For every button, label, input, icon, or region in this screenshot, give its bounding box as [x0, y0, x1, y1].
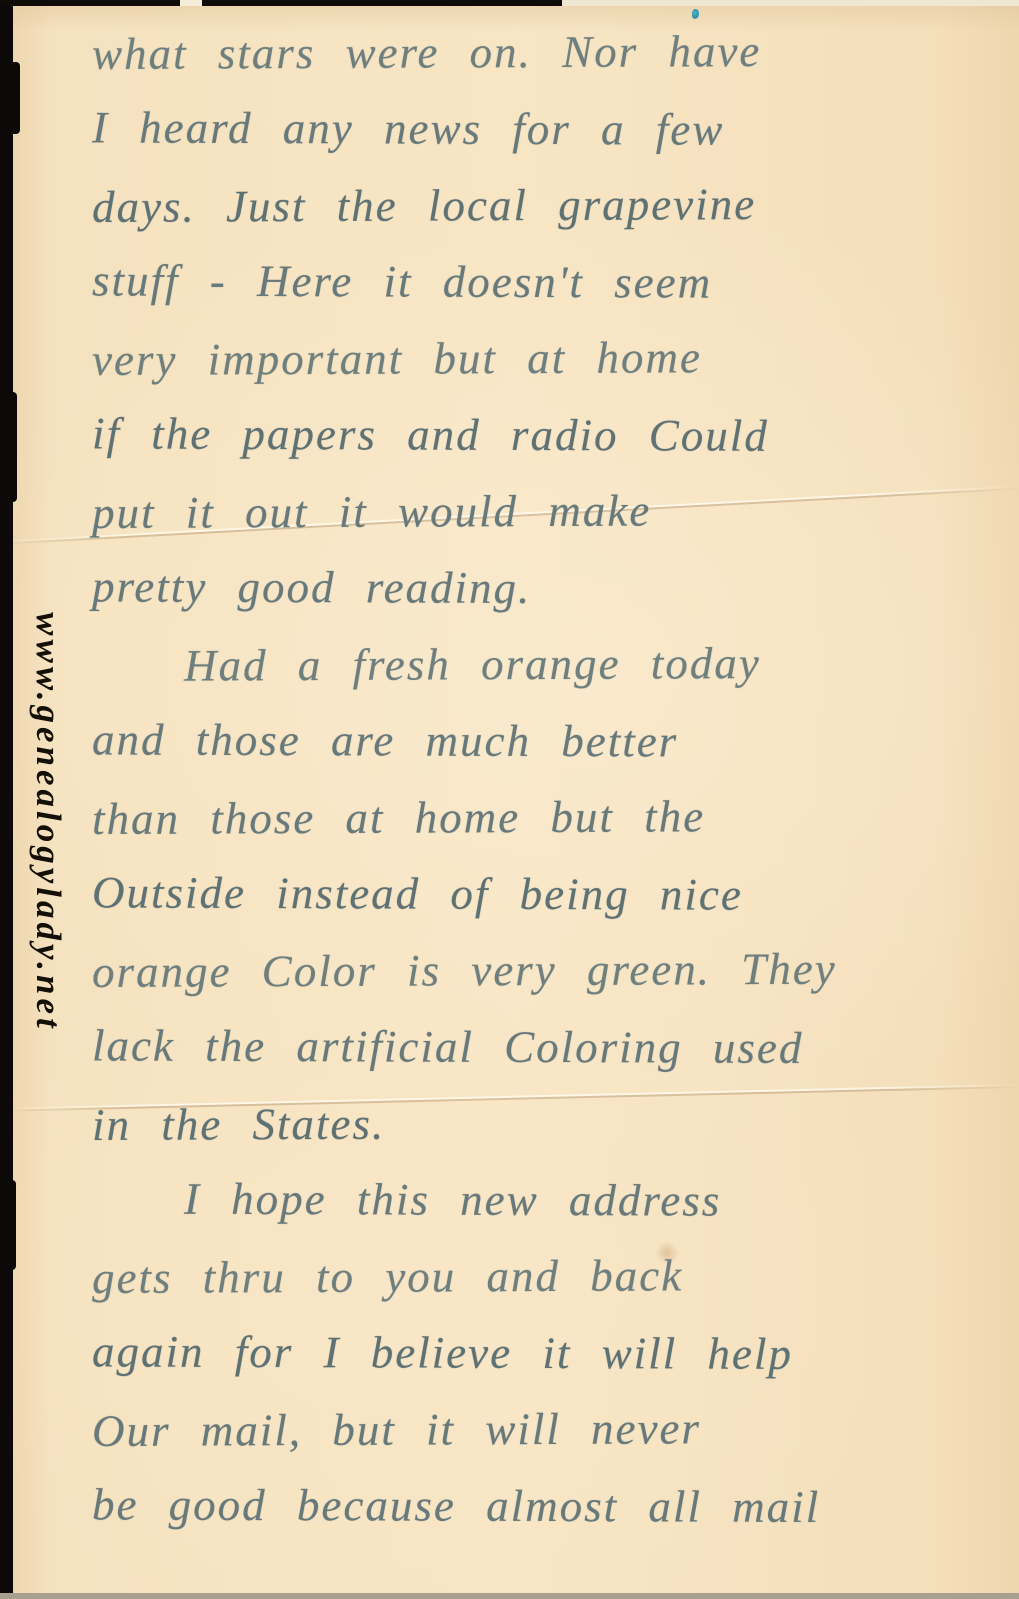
- handwritten-line: very important but at home: [92, 318, 997, 398]
- handwritten-line: days. Just the local grapevine: [92, 165, 997, 245]
- handwritten-line: stuff - Here it doesn't seem: [92, 242, 997, 322]
- handwritten-line: Had a fresh orange today: [92, 624, 997, 704]
- handwritten-line: lack the artificial Coloring used: [92, 1007, 997, 1087]
- handwritten-line: I hope this new address: [92, 1160, 997, 1240]
- handwritten-line: gets thru to you and back: [92, 1236, 997, 1316]
- scan-edge-bottom: [0, 1593, 1019, 1599]
- scan-edge-top: [0, 0, 562, 6]
- scanned-letter-screenshot: { "document": { "type": "handwritten-let…: [0, 0, 1019, 1599]
- handwritten-line: if the papers and radio Could: [92, 395, 997, 475]
- scan-edge-blob: [0, 1180, 16, 1270]
- handwritten-line: Our mail, but it will never: [92, 1389, 997, 1469]
- handwritten-line: I heard any news for a few: [92, 89, 997, 169]
- handwritten-line: pretty good reading.: [92, 548, 997, 628]
- scan-edge-blob: [0, 392, 17, 502]
- handwritten-line: and those are much better: [92, 701, 997, 781]
- handwritten-line: what stars were on. Nor have: [92, 12, 997, 92]
- handwritten-line: put it out it would make: [92, 471, 997, 551]
- handwritten-line: than those at home but the: [92, 777, 997, 857]
- handwritten-line: Outside instead of being nice: [92, 854, 997, 934]
- handwritten-line: in the States.: [92, 1083, 997, 1163]
- handwritten-line: be good because almost all mail: [92, 1466, 997, 1546]
- scan-edge-top-gap: [180, 0, 202, 6]
- scan-edge-top-pale: [562, 0, 1019, 6]
- scan-edge-left: [0, 0, 13, 1599]
- watermark-url-text: www.genealogylady.net: [28, 612, 68, 1032]
- letter-body: what stars were on. Nor have I heard any…: [92, 14, 997, 1544]
- handwritten-line: again for I believe it will help: [92, 1313, 997, 1393]
- scan-edge-blob: [0, 62, 20, 134]
- handwritten-line: orange Color is very green. They: [92, 930, 997, 1010]
